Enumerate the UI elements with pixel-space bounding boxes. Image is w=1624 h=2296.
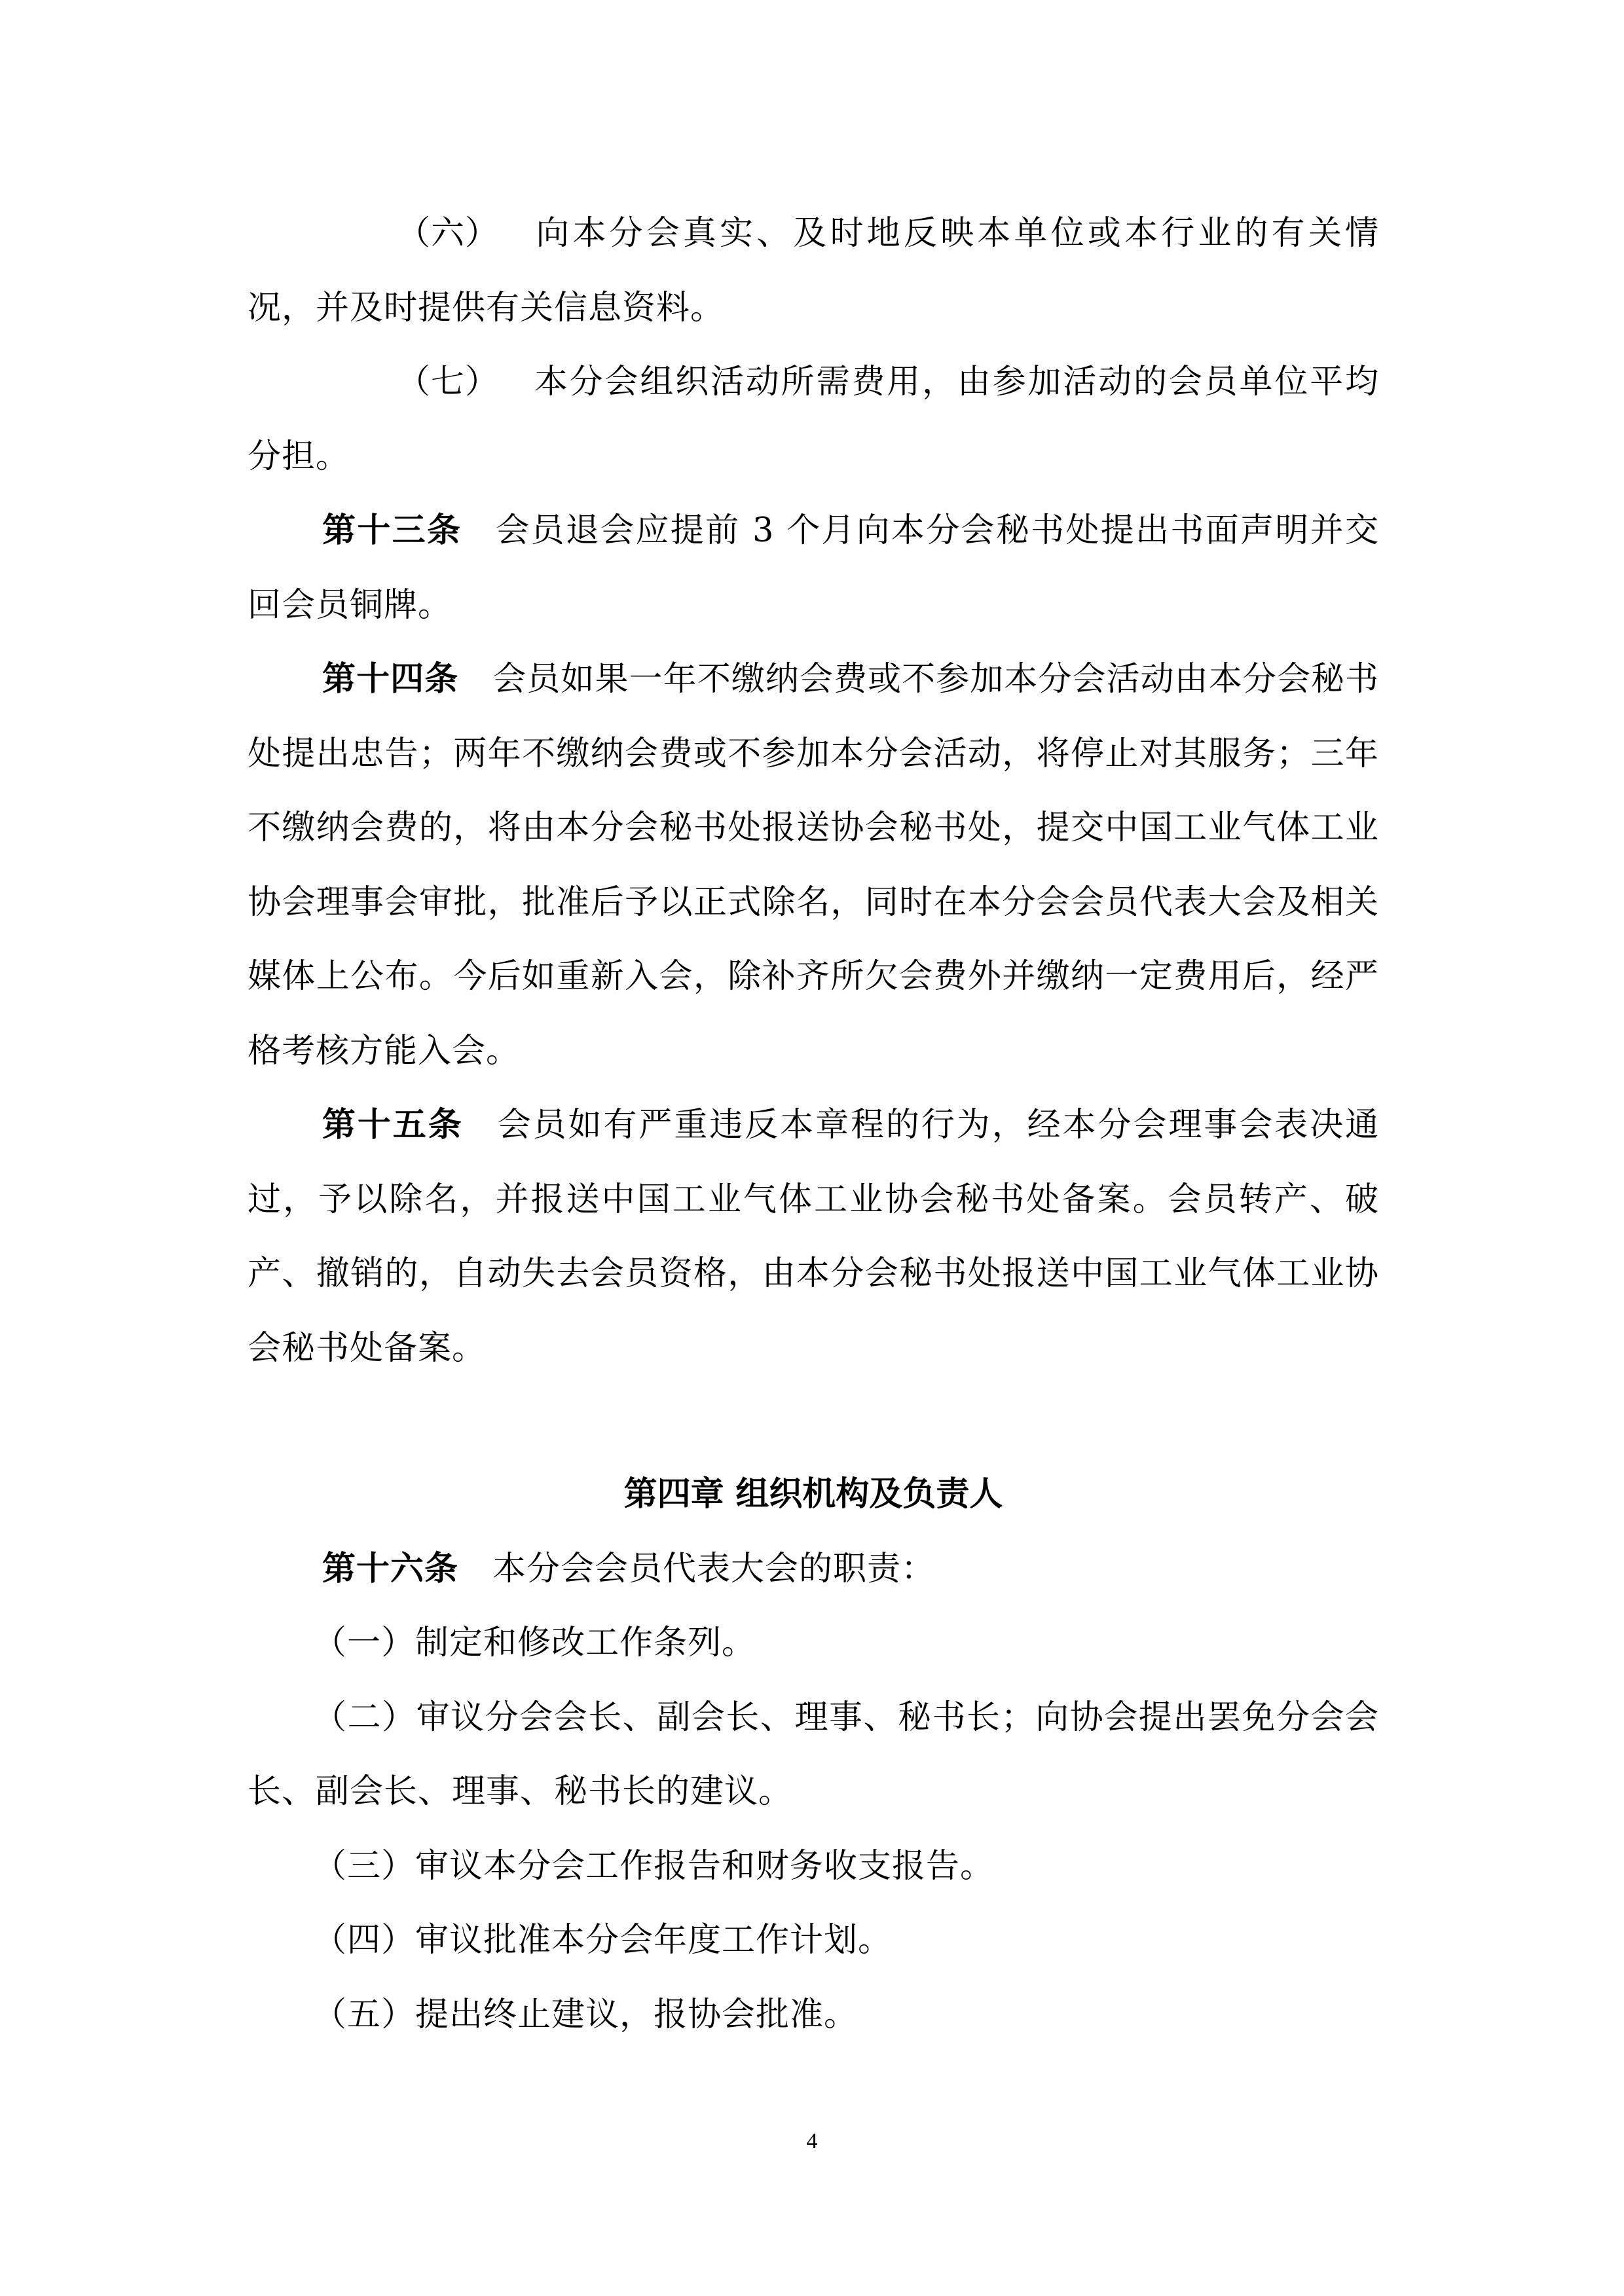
duty-item-2: （二）审议分会会长、副会长、理事、秘书长；向协会提出罢免分会会长、副会长、理事、…	[248, 1681, 1379, 1829]
clause-label: （七）	[322, 345, 499, 420]
duty-item-5: （五）提出终止建议，报协会批准。	[248, 1978, 1379, 2052]
article-text: 本分会会员代表大会的职责：	[492, 1550, 935, 1588]
article-16: 第十六条本分会会员代表大会的职责：	[248, 1532, 1379, 1607]
article-title: 第十三条	[322, 511, 462, 550]
article-13: 第十三条会员退会应提前 3 个月向本分会秘书处提出书面声明并交回会员铜牌。	[248, 494, 1379, 642]
duty-item-1: （一）制定和修改工作条列。	[248, 1606, 1379, 1681]
document-body: （六）向本分会真实、及时地反映本单位或本行业的有关情况，并及时提供有关信息资料。…	[248, 196, 1379, 2052]
clause-7: （七）本分会组织活动所需费用，由参加活动的会员单位平均分担。	[248, 345, 1379, 494]
article-15: 第十五条会员如有严重违反本章程的行为，经本分会理事会表决通过，予以除名，并报送中…	[248, 1088, 1379, 1385]
article-text: 会员如有严重违反本章程的行为，经本分会理事会表决通过，予以除名，并报送中国工业气…	[248, 1106, 1379, 1368]
article-title: 第十四条	[322, 659, 458, 699]
duty-item-4: （四）审议批准本分会年度工作计划。	[248, 1903, 1379, 1978]
duty-item-3: （三）审议本分会工作报告和财务收支报告。	[248, 1829, 1379, 1904]
clause-label: （六）	[322, 196, 499, 271]
clause-6: （六）向本分会真实、及时地反映本单位或本行业的有关情况，并及时提供有关信息资料。	[248, 196, 1379, 345]
page-number: 4	[0, 2129, 1624, 2154]
chapter-title: 第四章 组织机构及负责人	[248, 1457, 1379, 1532]
article-text: 会员如果一年不缴纳会费或不参加本分会活动由本分会秘书处提出忠告；两年不缴纳会费或…	[248, 660, 1379, 1070]
article-title: 第十六条	[322, 1549, 458, 1588]
article-title: 第十五条	[322, 1105, 464, 1144]
article-14: 第十四条会员如果一年不缴纳会费或不参加本分会活动由本分会秘书处提出忠告；两年不缴…	[248, 642, 1379, 1088]
